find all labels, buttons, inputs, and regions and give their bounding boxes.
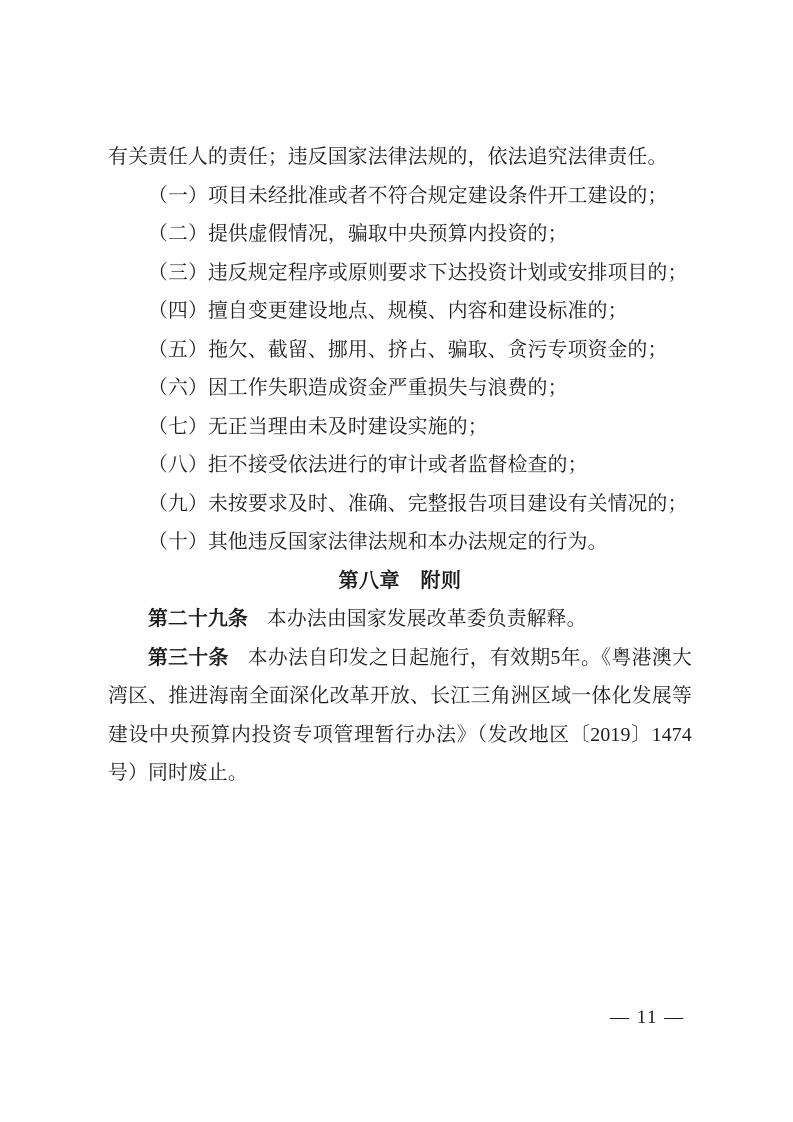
list-item-9: （九）未按要求及时、准确、完整报告项目建设有关情况的； bbox=[108, 485, 692, 524]
list-item-4: （四）擅自变更建设地点、规模、内容和建设标准的； bbox=[108, 292, 692, 331]
article-30-number: 第三十条 bbox=[148, 647, 229, 669]
article-30-line-1: 第三十条本办法自印发之日起施行，有效期5年。《粤港澳大 bbox=[108, 639, 692, 678]
article-30-line-2: 湾区、推进海南全面深化改革开放、长江三角洲区域一体化发展等 bbox=[108, 677, 692, 716]
article-29-text: 本办法由国家发展改革委负责解释。 bbox=[267, 608, 587, 630]
chapter-heading: 第八章 附则 bbox=[108, 562, 692, 601]
document-page: 有关责任人的责任；违反国家法律法规的，依法追究法律责任。 （一）项目未经批准或者… bbox=[0, 0, 793, 1122]
list-item-8: （八）拒不接受依法进行的审计或者监督检查的； bbox=[108, 446, 692, 485]
document-body: 有关责任人的责任；违反国家法律法规的，依法追究法律责任。 （一）项目未经批准或者… bbox=[108, 138, 692, 793]
page-number: — 11 — bbox=[610, 1001, 685, 1035]
list-item-6: （六）因工作失职造成资金严重损失与浪费的； bbox=[108, 369, 692, 408]
list-item-2: （二）提供虚假情况，骗取中央预算内投资的； bbox=[108, 215, 692, 254]
article-29-number: 第二十九条 bbox=[148, 608, 248, 630]
article-30-line-3: 建设中央预算内投资专项管理暂行办法》（发改地区〔2019〕1474 bbox=[108, 716, 692, 755]
list-item-10: （十）其他违反国家法律法规和本办法规定的行为。 bbox=[108, 523, 692, 562]
article-29: 第二十九条本办法由国家发展改革委负责解释。 bbox=[108, 600, 692, 639]
list-item-1: （一）项目未经批准或者不符合规定建设条件开工建设的； bbox=[108, 177, 692, 216]
list-item-5: （五）拖欠、截留、挪用、挤占、骗取、贪污专项资金的； bbox=[108, 331, 692, 370]
article-30-text-start: 本办法自印发之日起施行，有效期5年。《粤港澳大 bbox=[248, 647, 692, 669]
article-30-line-4: 号）同时废止。 bbox=[108, 754, 692, 793]
list-item-7: （七）无正当理由未及时建设实施的； bbox=[108, 408, 692, 447]
list-item-3: （三）违反规定程序或原则要求下达投资计划或安排项目的； bbox=[108, 254, 692, 293]
intro-paragraph-line: 有关责任人的责任；违反国家法律法规的，依法追究法律责任。 bbox=[108, 138, 692, 177]
